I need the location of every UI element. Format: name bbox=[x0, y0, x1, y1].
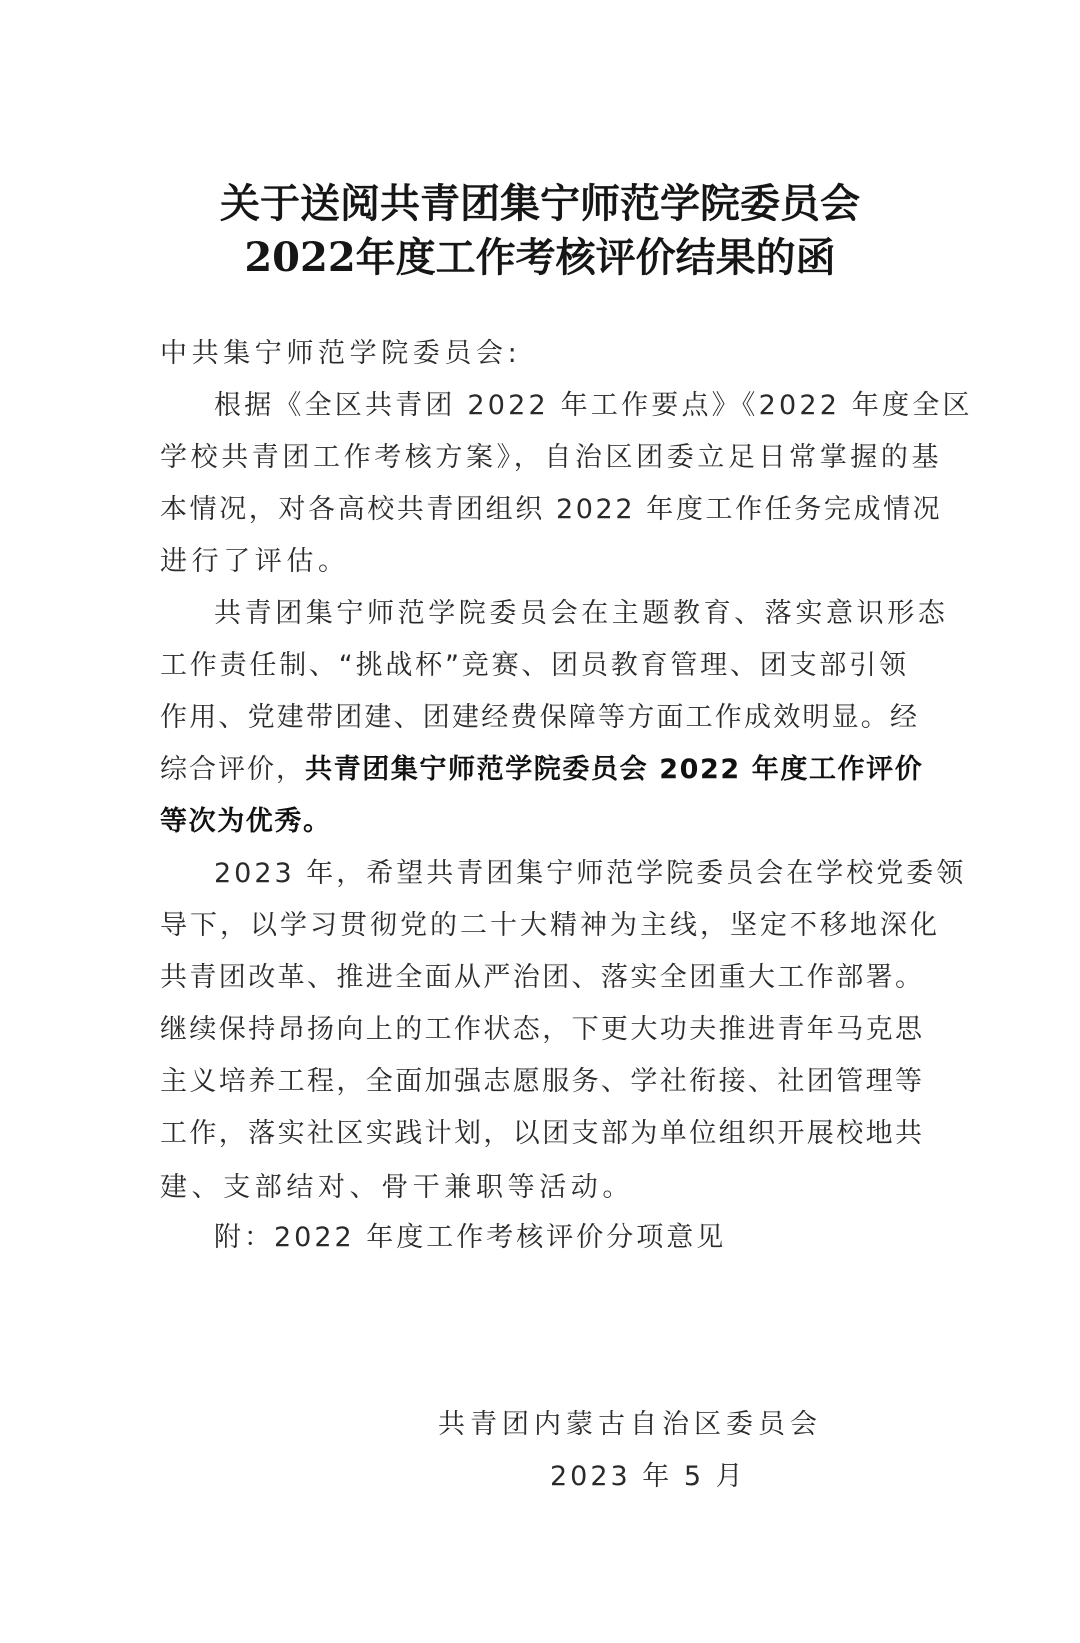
salutation: 中共集宁师范学院委员会: bbox=[160, 336, 920, 372]
signature-date: 2023 年 5 月 bbox=[550, 1454, 746, 1493]
paragraph-3-line-4: 继续保持昂扬向上的工作状态，下更大功夫推进青年马克思 bbox=[160, 1012, 920, 1048]
paragraph-1-line-1: 根据《全区共青团 2022 年工作要点》《2022 年度全区 bbox=[214, 388, 974, 424]
paragraph-3-line-5: 主义培养工程，全面加强志愿服务、学社衔接、社团管理等 bbox=[160, 1064, 920, 1100]
paragraph-3-line-1: 2023 年，希望共青团集宁师范学院委员会在学校党委领 bbox=[214, 856, 974, 892]
paragraph-3-line-3: 共青团改革、推进全面从严治团、落实全团重大工作部署。 bbox=[160, 960, 920, 996]
evaluation-result-grade: 等次为优秀。 bbox=[160, 804, 920, 840]
document-title-line-2: 2022年度工作考核评价结果的函 bbox=[0, 226, 1080, 283]
attachment-note: 附：2022 年度工作考核评价分项意见 bbox=[214, 1220, 974, 1256]
evaluation-result-highlight: 共青团集宁师范学院委员会 2022 年度工作评价 bbox=[305, 754, 923, 785]
paragraph-1-line-3: 本情况，对各高校共青团组织 2022 年度工作任务完成情况 bbox=[160, 492, 920, 528]
paragraph-2-line-2: 工作责任制、“挑战杯”竞赛、团员教育管理、团支部引领 bbox=[160, 648, 920, 684]
paragraph-2-line-3: 作用、党建带团建、团建经费保障等方面工作成效明显。经 bbox=[160, 700, 920, 736]
document-title-line-1: 关于送阅共青团集宁师范学院委员会 bbox=[0, 172, 1080, 229]
paragraph-1-line-4: 进行了评估。 bbox=[160, 544, 920, 580]
paragraph-2-line-4: 综合评价，共青团集宁师范学院委员会 2022 年度工作评价 bbox=[160, 752, 920, 788]
paragraph-2-line-1: 共青团集宁师范学院委员会在主题教育、落实意识形态 bbox=[214, 596, 974, 632]
evaluation-intro-text: 综合评价， bbox=[160, 754, 305, 785]
paragraph-3-line-2: 导下，以学习贯彻党的二十大精神为主线，坚定不移地深化 bbox=[160, 908, 920, 944]
signature-organization: 共青团内蒙古自治区委员会 bbox=[438, 1402, 822, 1441]
paragraph-3-line-6: 工作，落实社区实践计划，以团支部为单位组织开展校地共 bbox=[160, 1116, 920, 1152]
letter-page: 关于送阅共青团集宁师范学院委员会 2022年度工作考核评价结果的函 中共集宁师范… bbox=[0, 0, 1080, 1643]
paragraph-3-line-7: 建、支部结对、骨干兼职等活动。 bbox=[160, 1170, 920, 1206]
paragraph-1-line-2: 学校共青团工作考核方案》，自治区团委立足日常掌握的基 bbox=[160, 440, 920, 476]
